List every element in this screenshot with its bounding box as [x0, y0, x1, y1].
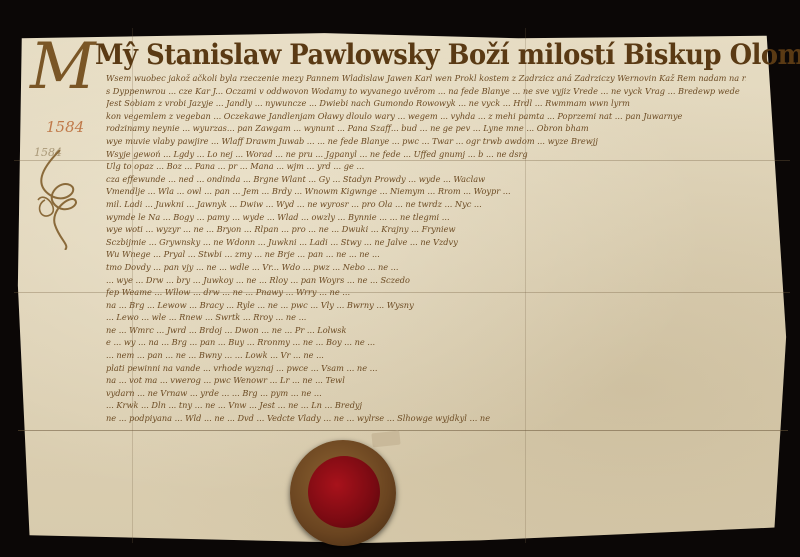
body-line: wye woti ... wyzyr ... ne ... Bryon ... … [106, 223, 746, 236]
seal-wax-icon [308, 456, 380, 528]
seal-tag [371, 431, 400, 448]
body-line: wymde le Na ... Bogy ... pamy ... wyde .… [106, 211, 746, 224]
body-line: ... Lewo ... wle ... Rnew ... Swrtk ... … [106, 311, 746, 324]
body-line: Vmendlje ... Wla ... owl ... pan ... Jem… [106, 185, 746, 198]
body-line: fep Weame ... Wllow ... drw ... ne ... P… [106, 286, 746, 299]
calligraphic-flourish-icon [30, 150, 90, 250]
body-line: Wsem wuobec jakož ačkoli byla rzeczenie … [106, 72, 746, 85]
plica-fold-line [18, 430, 788, 431]
body-line: Jest Sobiam z vrobi Jazyje ... Jandly ..… [106, 97, 746, 110]
body-line: ne ... podpiyana ... Wld ... ne ... Dvd … [106, 412, 746, 425]
document-heading: Mŷ Stanislaw Pawlowsky Boží milostí Bisk… [95, 38, 800, 71]
body-line: tmo Dovdy ... pan vjy ... ne ... wdle ..… [106, 261, 746, 274]
body-line: cza effewunde ... ned ... ondinda ... Br… [106, 173, 746, 186]
body-line: vydarn ... ne Vrnaw ... yrde ... ... Brg… [106, 387, 746, 400]
body-line: ne ... Wmrc ... Jwrd ... Brdoj ... Dwon … [106, 324, 746, 337]
body-line: na ... Brg ... Lewow ... Bracy ... Ryle … [106, 299, 746, 312]
body-line: na ... vot ma ... vwerog ... pwc Wenowr … [106, 374, 746, 387]
body-line: Wu Wnege ... Pryal ... Stwbi ... zmy ...… [106, 248, 746, 261]
body-line: s Dyppenwrou ... cze Kar J... Oczami v o… [106, 85, 746, 98]
body-line: plati pewinni na vande ... vrhode wyznaj… [106, 362, 746, 375]
decorated-initial: M [30, 30, 96, 104]
body-line: mil. Ladi ... Juwkni ... Jawnyk ... Dwiw… [106, 198, 746, 211]
marginal-date-red: 1584 [46, 118, 84, 136]
body-line: kon vegemlem z vegeban ... Oczekawe Jand… [106, 110, 746, 123]
body-line: e ... wy ... na ... Brg ... pan ... Buy … [106, 336, 746, 349]
body-line: ... nem ... pan ... ne ... Bwny ... ... … [106, 349, 746, 362]
body-line: ... wye ... Drw ... bry ... Juwkoy ... n… [106, 274, 746, 287]
body-line: ... Krwk ... Dln ... tny ... ne ... Vnw … [106, 399, 746, 412]
document-body: Wsem wuobec jakož ačkoli byla rzeczenie … [106, 72, 746, 425]
body-line: wye muvie vlaby pawjire ... Wlaff Drawm … [106, 135, 746, 148]
body-line: rodzinamy neynie ... wyurzas... pan Zawg… [106, 122, 746, 135]
body-line: Wsyje gewoń ... Lgdy ... Lo nej ... Wora… [106, 148, 746, 161]
body-line: Ulg to opaz ... Boz ... Pana ... pr ... … [106, 160, 746, 173]
body-line: Sczbijmie ... Grywnsky ... ne Wdonn ... … [106, 236, 746, 249]
